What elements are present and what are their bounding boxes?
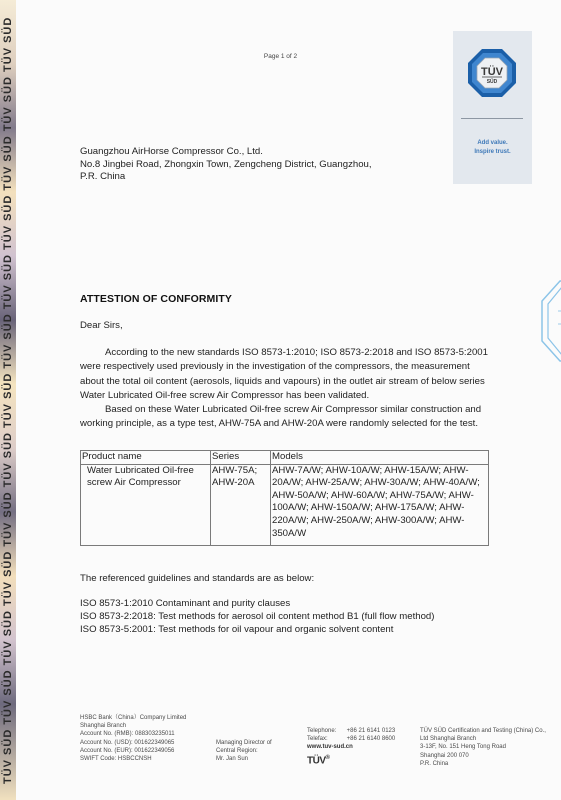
- table-header-row: Product name Series Models: [81, 451, 489, 465]
- security-strip-text: TÜV SÜD TÜV SÜD TÜV SÜD TÜV SÜD TÜV SÜD …: [0, 0, 16, 800]
- telefax-number: +86 21 6140 8600: [347, 736, 396, 742]
- header-product-name: Product name: [81, 451, 211, 465]
- cell-models: AHW-7A/W; AHW-10A/W; AHW-15A/W; AHW-20A/…: [271, 464, 489, 545]
- bank-branch: Shanghai Branch: [80, 722, 186, 730]
- director-region: Central Region:: [216, 747, 272, 755]
- document-title: ATTESTION OF CONFORMITY: [80, 293, 232, 305]
- account-rmb: Account No. (RMB): 088303235011: [80, 730, 186, 738]
- bank-name: HSBC Bank（China）Company Limited: [80, 714, 186, 722]
- swift-code: SWIFT Code: HSBCCNSH: [80, 755, 186, 763]
- svg-text:SÜD: SÜD: [487, 78, 498, 85]
- telefax-row: Telefax: +86 21 6140 8600: [307, 735, 395, 743]
- tuv-sud-octagon-logo-icon: TÜV SÜD: [467, 48, 517, 98]
- recipient-street: No.8 Jingbei Road, Zhongxin Town, Zengch…: [80, 159, 372, 172]
- telephone-label: Telephone:: [307, 727, 345, 735]
- body-paragraph-1: According to the new standards ISO 8573-…: [80, 346, 495, 403]
- company-name-line-1: TÜV SÜD Certification and Testing (China…: [420, 727, 546, 735]
- director-title: Managing Director of: [216, 739, 272, 747]
- tuv-wordmark-icon: TÜV®: [307, 752, 395, 767]
- tuv-seal-stamp-icon: [540, 276, 561, 366]
- footer-company-address: TÜV SÜD Certification and Testing (China…: [420, 727, 546, 768]
- recipient-country: P.R. China: [80, 171, 372, 184]
- references-intro: The referenced guidelines and standards …: [80, 573, 314, 584]
- website-link[interactable]: www.tuv-sud.cn: [307, 743, 395, 751]
- telefax-label: Telefax:: [307, 735, 345, 743]
- tuv-wordmark-text: TÜV: [307, 755, 326, 766]
- standard-item: ISO 8573-2:2018: Test methods for aeroso…: [80, 611, 434, 624]
- salutation: Dear Sirs,: [80, 320, 123, 331]
- header-models: Models: [271, 451, 489, 465]
- cell-product-name: Water Lubricated Oil-free screw Air Comp…: [81, 464, 211, 545]
- letter-body: According to the new standards ISO 8573-…: [80, 346, 495, 432]
- account-usd: Account No. (USD): 001622349065: [80, 739, 186, 747]
- footer-director: Managing Director of Central Region: Mr.…: [216, 739, 272, 764]
- footer-contact: Telephone: +86 21 6141 0123 Telefax: +86…: [307, 727, 395, 767]
- director-name: Mr. Jan Sun: [216, 755, 272, 763]
- telephone-number: +86 21 6141 0123: [347, 728, 396, 734]
- footer-bank-details: HSBC Bank（China）Company Limited Shanghai…: [80, 714, 186, 763]
- header-series: Series: [211, 451, 271, 465]
- recipient-address: Guangzhou AirHorse Compressor Co., Ltd. …: [80, 146, 372, 184]
- logo-divider: [461, 118, 523, 119]
- product-table: Product name Series Models Water Lubrica…: [80, 450, 489, 546]
- models-list: AHW-7A/W; AHW-10A/W; AHW-15A/W; AHW-20A/…: [272, 465, 487, 545]
- account-eur: Account No. (EUR): 001622349056: [80, 747, 186, 755]
- standard-item: ISO 8573-1:2010 Contaminant and purity c…: [80, 598, 434, 611]
- telephone-row: Telephone: +86 21 6141 0123: [307, 727, 395, 735]
- slogan-line-1: Add value.: [453, 139, 532, 148]
- company-country: P.R. China: [420, 760, 546, 768]
- svg-text:TÜV: TÜV: [481, 65, 504, 78]
- tuv-sud-logo-panel: TÜV SÜD Add value. Inspire trust.: [453, 31, 532, 184]
- logo-slogan: Add value. Inspire trust.: [453, 139, 532, 157]
- standard-item: ISO 8573-5:2001: Test methods for oil va…: [80, 624, 434, 637]
- company-name-line-2: Ltd Shanghai Branch: [420, 735, 546, 743]
- company-street: 3-13F, No. 151 Heng Tong Road: [420, 743, 546, 751]
- slogan-line-2: Inspire trust.: [453, 148, 532, 157]
- registered-mark: ®: [326, 755, 330, 761]
- table-row: Water Lubricated Oil-free screw Air Comp…: [81, 464, 489, 545]
- body-paragraph-2: Based on these Water Lubricated Oil-free…: [80, 403, 495, 432]
- cell-series: AHW-75A; AHW-20A: [211, 464, 271, 545]
- standards-list: ISO 8573-1:2010 Contaminant and purity c…: [80, 598, 434, 636]
- recipient-company: Guangzhou AirHorse Compressor Co., Ltd.: [80, 146, 372, 159]
- company-city: Shanghai 200 070: [420, 752, 546, 760]
